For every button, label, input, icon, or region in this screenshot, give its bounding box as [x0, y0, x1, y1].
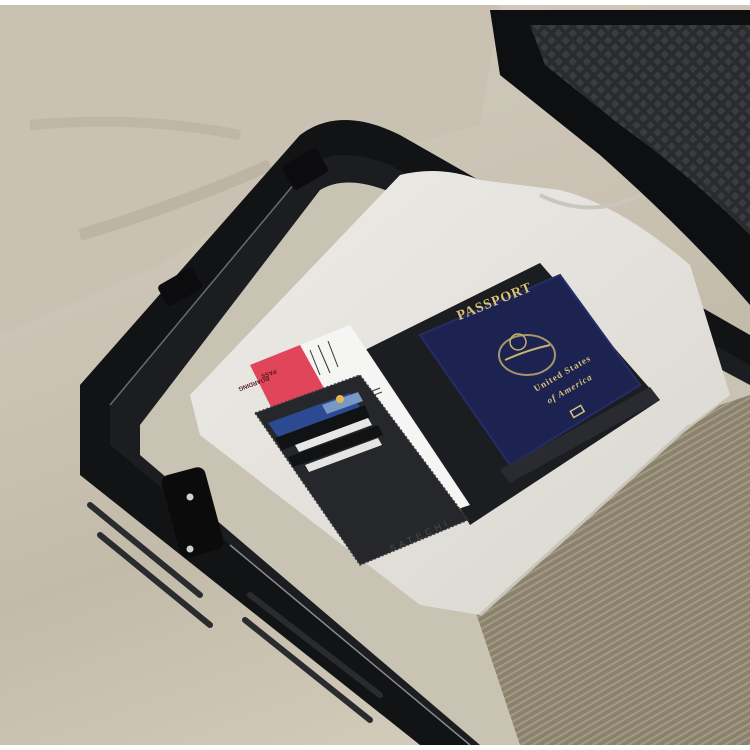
scene-illustration — [0, 5, 750, 745]
product-photo: PASSPORT United States of America SATECH… — [0, 5, 750, 745]
